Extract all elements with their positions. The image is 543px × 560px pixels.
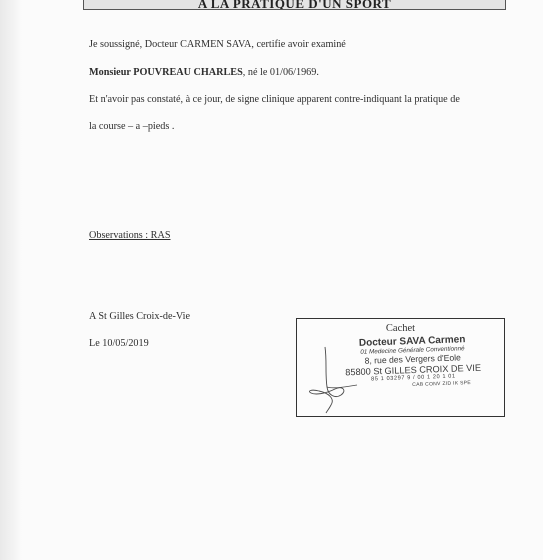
finding-line: Et n'avoir pas constaté, à ce jour, de s…: [89, 94, 460, 105]
certificate-title: A LA PRATIQUE D'UN SPORT: [84, 0, 505, 10]
attestation-line: Je soussigné, Docteur CARMEN SAVA, certi…: [89, 39, 346, 50]
certificate-title-box: A LA PRATIQUE D'UN SPORT: [83, 0, 506, 10]
patient-line: Monsieur POUVREAU CHARLES, né le 01/06/1…: [89, 67, 319, 78]
observations: Observations : RAS: [89, 230, 171, 241]
doctor-stamp: Docteur SAVA Carmen 01 Medecine Générale…: [327, 333, 499, 390]
place: A St Gilles Croix-de-Vie: [89, 311, 190, 322]
patient-name: Monsieur POUVREAU CHARLES: [89, 67, 243, 78]
stamp-label: Cachet: [297, 323, 504, 334]
date: Le 10/05/2019: [89, 338, 149, 349]
sport-line: la course – a –pieds .: [89, 121, 174, 132]
patient-birthdate: , né le 01/06/1969.: [243, 67, 319, 78]
scan-edge-shadow: [0, 0, 22, 560]
stamp-box: Cachet Docteur SAVA Carmen 01 Medecine G…: [296, 318, 505, 417]
